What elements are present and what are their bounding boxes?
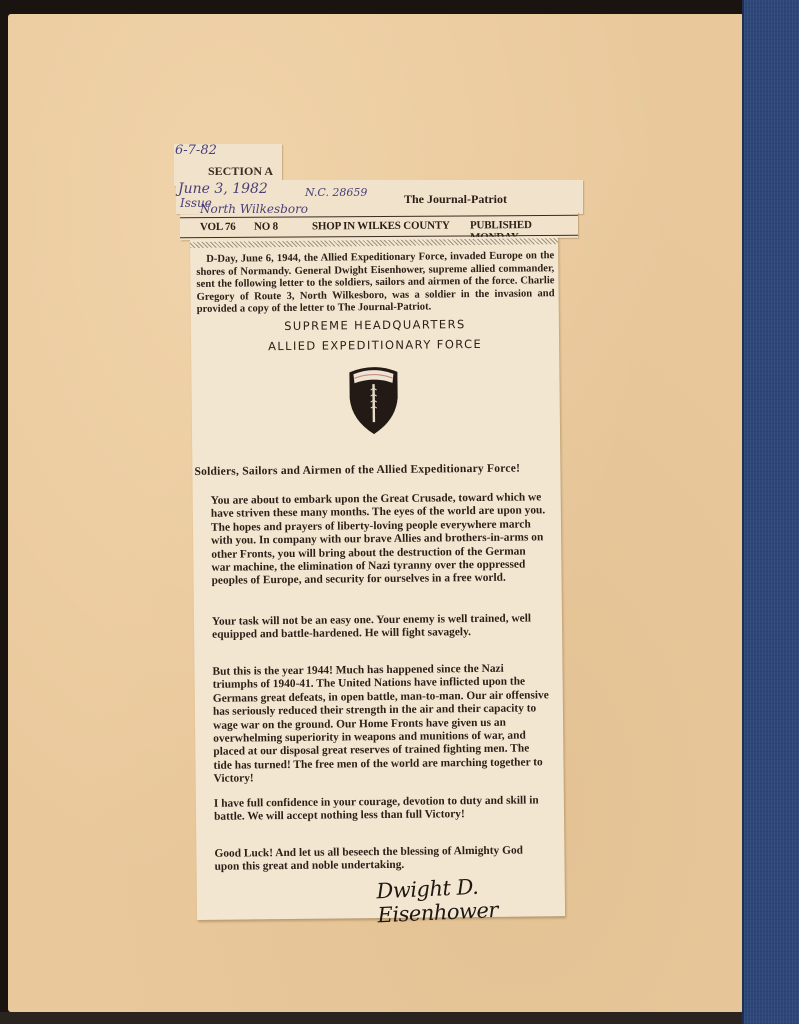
- letter-paragraph-5: Good Luck! And let us all beseech the bl…: [214, 844, 550, 874]
- hatched-border: [190, 238, 558, 248]
- article-clipping: D-Day, June 6, 1944, the Allied Expediti…: [190, 236, 565, 920]
- letter-paragraph-1: You are about to embark upon the Great C…: [211, 491, 548, 588]
- masthead-rule-top: [180, 215, 578, 218]
- section-label: SECTION A: [208, 164, 273, 179]
- issue-number: NO 8: [254, 221, 278, 233]
- eisenhower-signature: Dwight D. Eisenhower: [376, 871, 566, 927]
- letter-paragraph-2: Your task will not be an easy one. Your …: [212, 612, 548, 642]
- letter-salutation: Soldiers, Sailors and Airmen of the Alli…: [194, 461, 560, 478]
- newspaper-name: The Journal-Patriot: [404, 192, 507, 207]
- handwritten-zip: N.C. 28659: [305, 186, 367, 199]
- hq-title-line2: ALLIED EXPEDITIONARY FORCE: [191, 336, 559, 354]
- letter-paragraph-4: I have full confidence in your courage, …: [214, 794, 550, 824]
- page-bottom-edge: [0, 1012, 742, 1024]
- volume-label: VOL 76: [200, 221, 236, 233]
- handwritten-issue-date: June 3, 1982: [178, 181, 268, 197]
- shaef-shield-icon: [345, 364, 402, 437]
- article-intro: D-Day, June 6, 1944, the Allied Expediti…: [196, 250, 555, 317]
- book-binding-spine: [742, 0, 799, 1024]
- handwritten-date-top: 6-7-82: [175, 143, 217, 158]
- hq-title-line1: SUPREME HEADQUARTERS: [191, 316, 559, 334]
- intro-newspaper-ref: The Journal-Patriot.: [338, 302, 432, 314]
- slogan: SHOP IN WILKES COUNTY: [312, 220, 450, 233]
- letter-paragraph-3: But this is the year 1944! Much has happ…: [212, 662, 549, 786]
